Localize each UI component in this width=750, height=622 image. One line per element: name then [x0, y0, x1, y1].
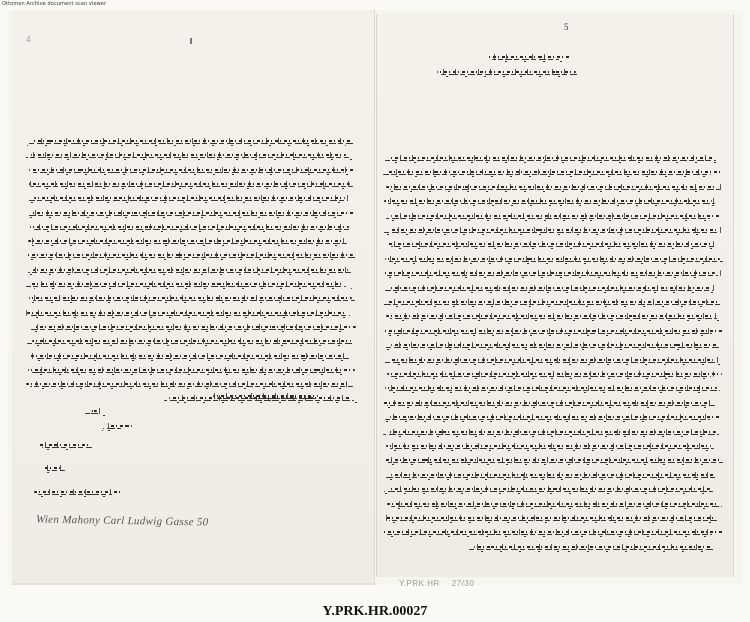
handwritten-line	[26, 367, 356, 376]
handwritten-line	[383, 385, 723, 394]
handwritten-line	[26, 295, 356, 304]
right-page: 5 Y.PRK.HR27/30	[376, 14, 734, 577]
handwritten-line	[383, 299, 723, 308]
handwritten-line	[82, 408, 106, 417]
handwritten-line	[212, 393, 322, 402]
handwritten-line	[26, 167, 356, 176]
left-page-marker: 4	[26, 34, 31, 44]
handwritten-line	[26, 281, 356, 290]
handwritten-line	[26, 267, 356, 276]
handwritten-line	[383, 313, 723, 322]
handwritten-line	[26, 138, 356, 147]
handwritten-line	[383, 213, 723, 222]
handwritten-line	[26, 353, 356, 362]
archive-stamp: Y.PRK.HR27/30	[399, 579, 474, 588]
stamp-number: 27/30	[452, 579, 475, 588]
handwritten-line	[26, 181, 356, 190]
handwritten-line	[383, 184, 723, 193]
handwritten-line	[26, 324, 356, 333]
handwritten-line	[42, 465, 72, 474]
handwritten-line	[383, 371, 723, 380]
handwritten-line	[383, 270, 723, 279]
handwritten-line	[383, 357, 723, 366]
handwritten-line	[102, 423, 132, 432]
handwritten-line	[383, 256, 723, 265]
stamp-collection: Y.PRK.HR	[399, 579, 440, 588]
handwritten-line	[383, 285, 723, 294]
handwritten-line	[26, 310, 356, 319]
handwritten-line	[383, 155, 723, 164]
handwritten-line	[26, 252, 356, 261]
handwritten-line	[383, 198, 723, 207]
handwritten-line	[383, 515, 723, 524]
handwritten-line	[433, 69, 583, 78]
handwritten-line	[26, 381, 356, 390]
document-scan: 4 Wien Mahony Carl Ludwig Gasse 50 5 Y.P…	[8, 10, 743, 585]
right-page-marker: 5	[564, 22, 569, 32]
handwritten-line	[383, 169, 723, 178]
latin-annotation: Wien Mahony Carl Ludwig Gasse 50	[36, 513, 209, 528]
handwritten-line	[26, 238, 356, 247]
handwritten-line	[467, 544, 717, 553]
handwritten-line	[383, 241, 723, 250]
handwritten-line	[485, 54, 571, 63]
ink-mark	[190, 38, 192, 44]
handwritten-line	[26, 152, 356, 161]
viewer-caption: Ottoman Archive document scan viewer	[2, 1, 106, 7]
handwritten-line	[383, 414, 723, 423]
handwritten-line	[26, 224, 356, 233]
document-id: Y.PRK.HR.00027	[0, 604, 750, 620]
handwritten-line	[383, 486, 723, 495]
handwritten-line	[383, 501, 723, 510]
handwritten-line	[383, 400, 723, 409]
handwritten-line	[383, 529, 723, 538]
handwritten-line	[383, 429, 723, 438]
handwritten-line	[383, 328, 723, 337]
handwritten-line	[383, 227, 723, 236]
handwritten-line	[34, 442, 94, 451]
handwritten-line	[383, 342, 723, 351]
handwritten-line	[383, 443, 723, 452]
handwritten-line	[383, 457, 723, 466]
handwritten-line	[34, 489, 124, 498]
handwritten-line	[26, 210, 356, 219]
handwritten-line	[383, 472, 723, 481]
handwritten-line	[26, 195, 356, 204]
left-page: 4 Wien Mahony Carl Ludwig Gasse 50	[12, 10, 375, 585]
handwritten-line	[26, 338, 356, 347]
